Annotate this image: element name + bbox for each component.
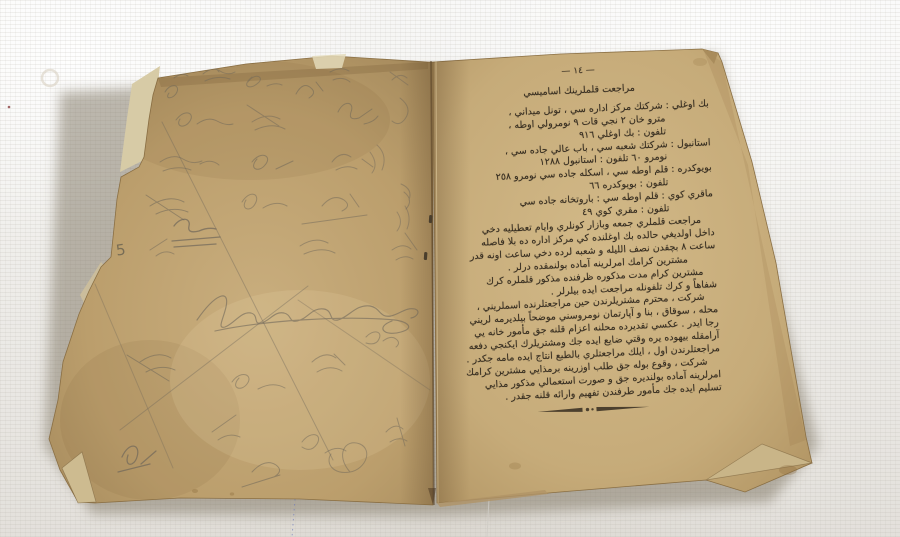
fabric-stain [8, 70, 58, 108]
staple-icon [429, 215, 433, 223]
photo-scene: — ١٤ — مراجعت قلملرينك اساميسي بك اوغلي … [0, 0, 900, 537]
right-page-text: — ١٤ — مراجعت قلملرينك اساميسي بك اوغلي … [449, 59, 723, 419]
staple-icon [424, 252, 428, 260]
tape-remnant [312, 54, 346, 69]
